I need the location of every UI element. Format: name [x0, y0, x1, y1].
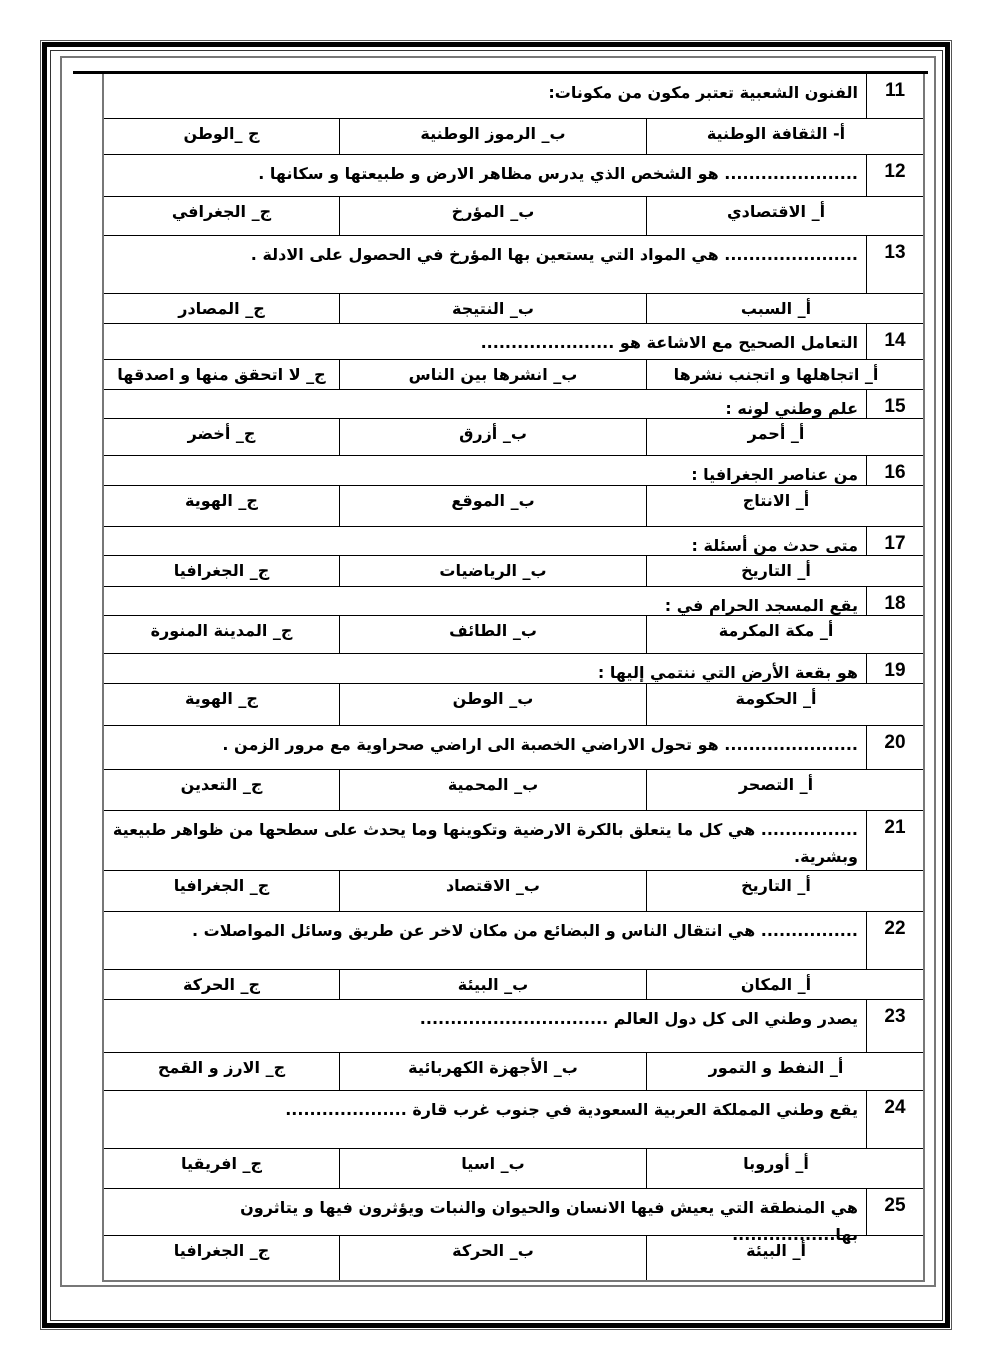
question-text: ................ هي انتقال الناس و البضا…: [104, 912, 866, 969]
question-text: التعامل الصحيح مع الاشاعة هو ...........…: [104, 324, 866, 359]
option-c[interactable]: ج_ المصادر: [104, 294, 339, 323]
question-number: 12: [866, 155, 923, 196]
option-c[interactable]: ج_ الارز و القمح: [104, 1053, 339, 1090]
question-number: 19: [866, 654, 923, 683]
option-b[interactable]: ب_ الموقع: [339, 486, 646, 526]
answer-row: أ_ الحكومة ب_ الوطن ج_ الهوية: [104, 684, 923, 726]
option-b[interactable]: ب_ الحركة: [339, 1236, 646, 1280]
question-text: ...................... هو تحول الاراضي ا…: [104, 726, 866, 769]
option-b[interactable]: ب_ النتيجة: [339, 294, 646, 323]
question-text: هو بقعة الأرض التي ننتمي إليها :: [104, 654, 866, 683]
question-text: علم وطني لونه :: [104, 390, 866, 418]
option-b[interactable]: ب_ اسيا: [339, 1149, 646, 1188]
option-c[interactable]: ج_ الجغرافيا: [104, 556, 339, 586]
question-block: 17 متى حدث من أسئلة : أ_ التاريخ ب_ الري…: [104, 527, 923, 587]
option-c[interactable]: ج _الوطن: [104, 119, 339, 154]
question-row: 22 ................ هي انتقال الناس و ال…: [104, 912, 923, 970]
option-c[interactable]: ج_ الحركة: [104, 970, 339, 999]
question-number: 11: [866, 74, 923, 118]
question-number: 15: [866, 390, 923, 418]
option-b[interactable]: ب_ الطائف: [339, 616, 646, 653]
option-b[interactable]: ب_ الرياضيات: [339, 556, 646, 586]
question-text: متى حدث من أسئلة :: [104, 527, 866, 555]
answer-row: أ_ الاقتصادي ب_ المؤرخ ج_ الجغرافي: [104, 197, 923, 236]
question-row: 19 هو بقعة الأرض التي ننتمي إليها :: [104, 654, 923, 684]
question-number: 22: [866, 912, 923, 969]
question-text: يصدر وطني الى كل دول العالم ............…: [104, 1000, 866, 1052]
answer-row: أ_ أحمر ب_ أزرق ج_ أخضر: [104, 419, 923, 456]
question-row: 20 ...................... هو تحول الاراض…: [104, 726, 923, 770]
option-b[interactable]: ب_ الأجهزة الكهربائية: [339, 1053, 646, 1090]
question-number: 23: [866, 1000, 923, 1052]
option-b[interactable]: ب_ الرموز الوطنية: [339, 119, 646, 154]
answer-row: أ_ المكان ب_ البيئة ج_ الحركة: [104, 970, 923, 1000]
question-block: 25 هي المنطقة التي يعيش فيها الانسان وال…: [104, 1189, 923, 1280]
question-block: 11 الفنون الشعبية تعتبر مكون من مكونات: …: [104, 74, 923, 155]
answer-row: أ_ التصحر ب_ المحمية ج_ التعدين: [104, 770, 923, 811]
question-number: 13: [866, 236, 923, 293]
question-block: 12 ...................... هو الشخص الذي …: [104, 155, 923, 236]
option-c[interactable]: ج_ أخضر: [104, 419, 339, 455]
option-a[interactable]: أ_ التصحر: [646, 770, 923, 810]
question-block: 24 يقع وطني المملكة العربية السعودية في …: [104, 1091, 923, 1189]
option-b[interactable]: ب_ الاقتصاد: [339, 871, 646, 911]
answer-row: أ_ النفط و التمور ب_ الأجهزة الكهربائية …: [104, 1053, 923, 1091]
question-number: 14: [866, 324, 923, 359]
answer-row: أ_ البيئة ب_ الحركة ج_ الجغرافيا: [104, 1236, 923, 1280]
question-block: 22 ................ هي انتقال الناس و ال…: [104, 912, 923, 1000]
question-text: ................ هي كل ما يتعلق بالكرة ا…: [104, 811, 866, 870]
question-row: 12 ...................... هو الشخص الذي …: [104, 155, 923, 197]
question-row: 11 الفنون الشعبية تعتبر مكون من مكونات:: [104, 74, 923, 119]
answer-row: أ_ الانتاج ب_ الموقع ج_ الهوية: [104, 486, 923, 527]
question-row: 14 التعامل الصحيح مع الاشاعة هو ........…: [104, 324, 923, 360]
quiz-table: 11 الفنون الشعبية تعتبر مكون من مكونات: …: [102, 74, 925, 1282]
answer-row: أ_ اتجاهلها و اتجنب نشرها ب_ انشرها بين …: [104, 360, 923, 390]
question-block: 21 ................ هي كل ما يتعلق بالكر…: [104, 811, 923, 912]
question-block: 14 التعامل الصحيح مع الاشاعة هو ........…: [104, 324, 923, 390]
question-number: 18: [866, 587, 923, 615]
option-c[interactable]: ج_ افريقيا: [104, 1149, 339, 1188]
option-a[interactable]: أ- الثقافة الوطنية: [646, 119, 923, 154]
option-b[interactable]: ب_ المحمية: [339, 770, 646, 810]
question-row: 21 ................ هي كل ما يتعلق بالكر…: [104, 811, 923, 871]
question-row: 16 من عناصر الجغرافيا :: [104, 456, 923, 486]
question-block: 13 ...................... هي المواد التي…: [104, 236, 923, 324]
answer-row: أ_ التاريخ ب_ الرياضيات ج_ الجغرافيا: [104, 556, 923, 587]
question-number: 25: [866, 1189, 923, 1235]
question-text: ...................... هو الشخص الذي يدر…: [104, 155, 866, 196]
question-number: 21: [866, 811, 923, 870]
question-block: 15 علم وطني لونه : أ_ أحمر ب_ أزرق ج_ أخ…: [104, 390, 923, 456]
option-a[interactable]: أ_ الانتاج: [646, 486, 923, 526]
option-a[interactable]: أ_ الاقتصادي: [646, 197, 923, 235]
answer-row: أ_ مكة المكرمة ب_ الطائف ج_ المدينة المن…: [104, 616, 923, 654]
option-a[interactable]: أ_ التاريخ: [646, 871, 923, 911]
option-c[interactable]: ج_ الجغرافي: [104, 197, 339, 235]
question-block: 20 ...................... هو تحول الاراض…: [104, 726, 923, 811]
option-b[interactable]: ب_ أزرق: [339, 419, 646, 455]
answer-row: أ_ أوروبا ب_ اسيا ج_ افريقيا: [104, 1149, 923, 1189]
question-row: 25 هي المنطقة التي يعيش فيها الانسان وال…: [104, 1189, 923, 1236]
option-c[interactable]: ج_ التعدين: [104, 770, 339, 810]
option-a[interactable]: أ_ أوروبا: [646, 1149, 923, 1188]
question-number: 17: [866, 527, 923, 555]
question-text: يقع المسجد الحرام في :: [104, 587, 866, 615]
option-b[interactable]: ب_ المؤرخ: [339, 197, 646, 235]
option-a[interactable]: أ_ التاريخ: [646, 556, 923, 586]
option-a[interactable]: أ_ المكان: [646, 970, 923, 999]
question-text: هي المنطقة التي يعيش فيها الانسان والحيو…: [104, 1189, 866, 1235]
question-number: 20: [866, 726, 923, 769]
question-row: 24 يقع وطني المملكة العربية السعودية في …: [104, 1091, 923, 1149]
option-c[interactable]: ج_ الهوية: [104, 486, 339, 526]
question-row: 17 متى حدث من أسئلة :: [104, 527, 923, 556]
question-block: 19 هو بقعة الأرض التي ننتمي إليها : أ_ ا…: [104, 654, 923, 726]
question-text: من عناصر الجغرافيا :: [104, 456, 866, 485]
option-a[interactable]: أ_ النفط و التمور: [646, 1053, 923, 1090]
option-b[interactable]: ب_ انشرها بين الناس: [339, 360, 646, 389]
question-row: 15 علم وطني لونه :: [104, 390, 923, 419]
answer-row: أ_ التاريخ ب_ الاقتصاد ج_ الجغرافيا: [104, 871, 923, 912]
option-a[interactable]: أ_ أحمر: [646, 419, 923, 455]
option-a[interactable]: أ_ السبب: [646, 294, 923, 323]
option-c[interactable]: ج_ الجغرافيا: [104, 871, 339, 911]
option-a[interactable]: أ_ الحكومة: [646, 684, 923, 725]
question-block: 16 من عناصر الجغرافيا : أ_ الانتاج ب_ ال…: [104, 456, 923, 527]
option-c[interactable]: ج_ المدينة المنورة: [104, 616, 339, 653]
answer-row: أ_ السبب ب_ النتيجة ج_ المصادر: [104, 294, 923, 324]
question-number: 24: [866, 1091, 923, 1148]
question-row: 23 يصدر وطني الى كل دول العالم .........…: [104, 1000, 923, 1053]
question-number: 16: [866, 456, 923, 485]
question-text: ...................... هي المواد التي يس…: [104, 236, 866, 293]
question-block: 23 يصدر وطني الى كل دول العالم .........…: [104, 1000, 923, 1091]
option-a[interactable]: أ_ البيئة: [646, 1236, 923, 1280]
question-row: 18 يقع المسجد الحرام في :: [104, 587, 923, 616]
option-a[interactable]: أ_ مكة المكرمة: [646, 616, 923, 653]
question-text: الفنون الشعبية تعتبر مكون من مكونات:: [104, 74, 866, 118]
option-b[interactable]: ب_ الوطن: [339, 684, 646, 725]
option-a[interactable]: أ_ اتجاهلها و اتجنب نشرها: [646, 360, 923, 389]
question-block: 18 يقع المسجد الحرام في : أ_ مكة المكرمة…: [104, 587, 923, 654]
question-row: 13 ...................... هي المواد التي…: [104, 236, 923, 294]
option-c[interactable]: ج_ لا اتحقق منها و اصدقها: [104, 360, 339, 389]
option-c[interactable]: ج_ الجغرافيا: [104, 1236, 339, 1280]
question-text: يقع وطني المملكة العربية السعودية في جنو…: [104, 1091, 866, 1148]
option-b[interactable]: ب_ البيئة: [339, 970, 646, 999]
option-c[interactable]: ج_ الهوية: [104, 684, 339, 725]
answer-row: أ- الثقافة الوطنية ب_ الرموز الوطنية ج _…: [104, 119, 923, 155]
